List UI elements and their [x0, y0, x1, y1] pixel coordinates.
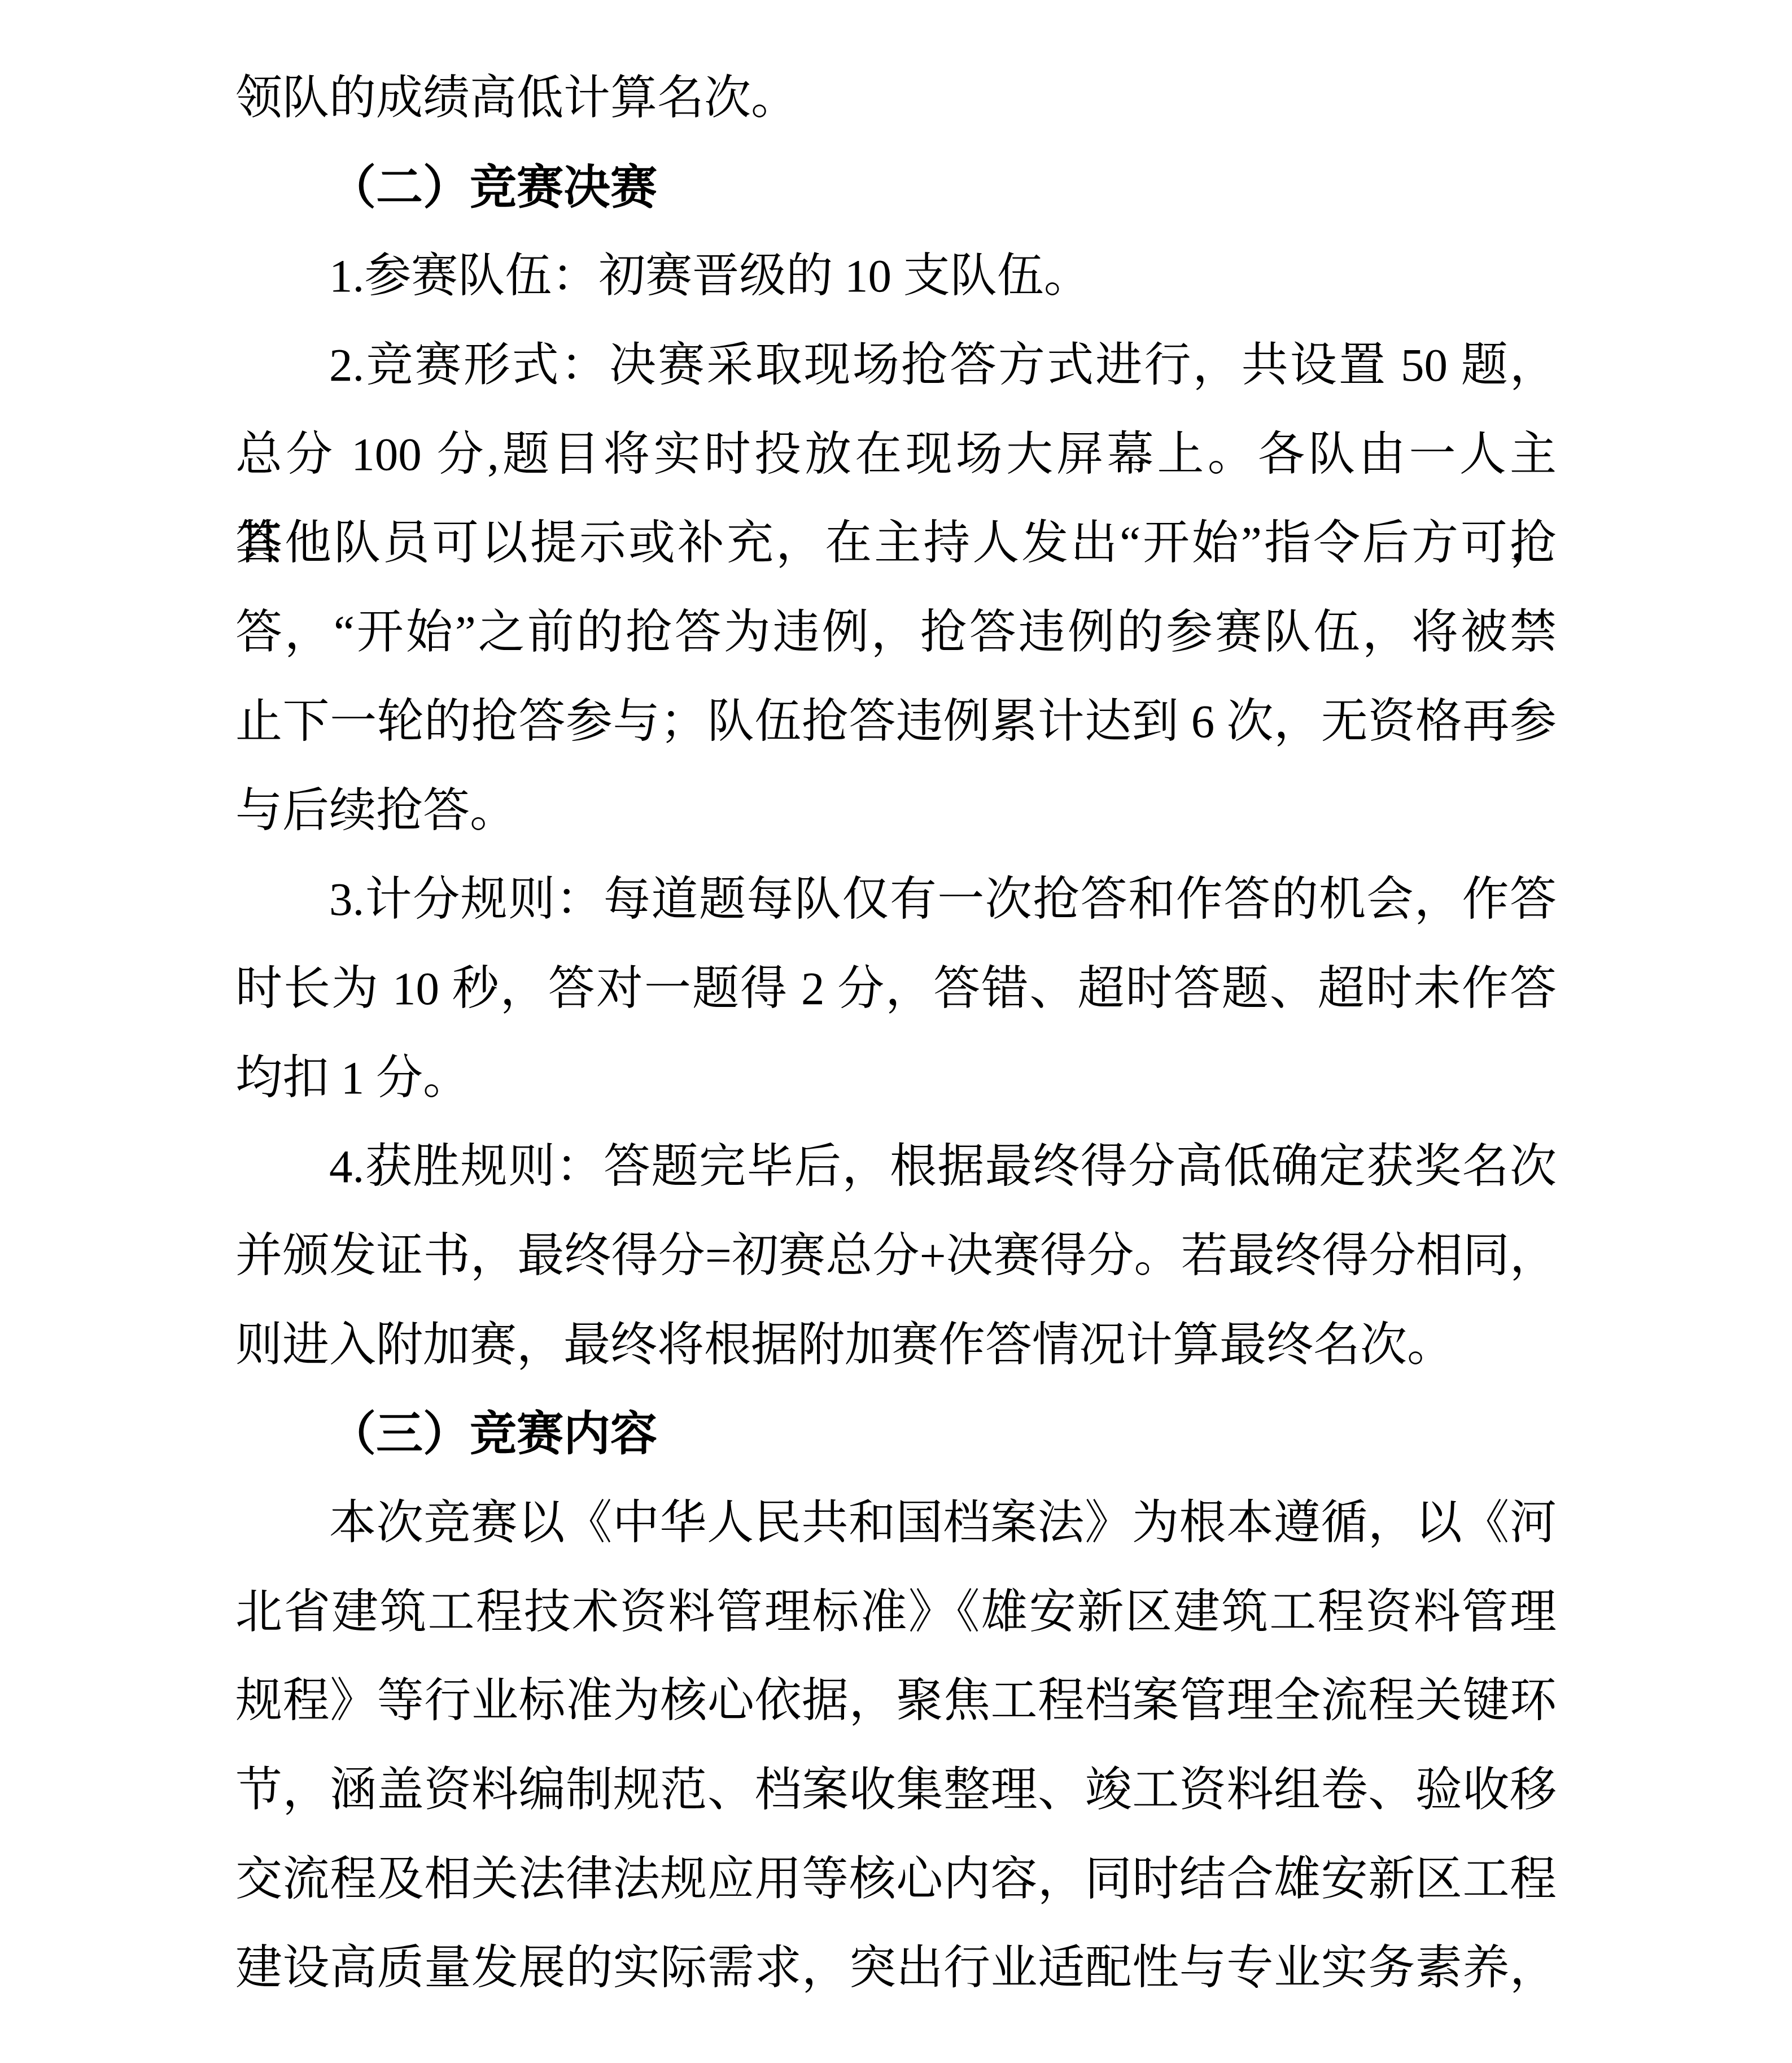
- doc-line-21: 交流程及相关法律法规应用等核心内容，同时结合雄安新区工程: [235, 1835, 1557, 1924]
- doc-line-08: 止下一轮的抢答参与；队伍抢答违例累计达到 6 次，无资格再参: [235, 677, 1557, 766]
- doc-line-22: 建设高质量发展的实际需求，突出行业适配性与专业实务素养，: [235, 1924, 1557, 2013]
- doc-line-03: 1.参赛队伍：初赛晋级的 10 支队伍。: [235, 232, 1557, 321]
- doc-line-11: 时长为 10 秒，答对一题得 2 分，答错、超时答题、超时未作答: [235, 944, 1557, 1033]
- heading-section-2: （二）竞赛决赛: [235, 143, 1557, 232]
- doc-line-10: 3.计分规则：每道题每队仅有一次抢答和作答的机会，作答: [235, 855, 1557, 944]
- heading-section-3: （三）竞赛内容: [235, 1389, 1557, 1478]
- doc-line-12: 均扣 1 分。: [235, 1033, 1557, 1123]
- doc-line-05: 总分 100 分,题目将实时投放在现场大屏幕上。各队由一人主答，: [235, 410, 1557, 499]
- doc-line-14: 并颁发证书，最终得分=初赛总分+决赛得分。若最终得分相同，: [235, 1211, 1557, 1301]
- doc-line-09: 与后续抢答。: [235, 766, 1557, 856]
- doc-line-07: 答，“开始”之前的抢答为违例，抢答违例的参赛队伍，将被禁: [235, 588, 1557, 677]
- doc-line-17: 本次竞赛以《中华人民共和国档案法》为根本遵循，以《河: [235, 1478, 1557, 1568]
- doc-line-20: 节，涵盖资料编制规范、档案收集整理、竣工资料组卷、验收移: [235, 1746, 1557, 1835]
- doc-line-19: 规程》等行业标准为核心依据，聚焦工程档案管理全流程关键环: [235, 1656, 1557, 1746]
- doc-line-04: 2.竞赛形式：决赛采取现场抢答方式进行，共设置 50 题，: [235, 321, 1557, 410]
- doc-line-15: 则进入附加赛，最终将根据附加赛作答情况计算最终名次。: [235, 1301, 1557, 1390]
- doc-line-18: 北省建筑工程技术资料管理标准》《雄安新区建筑工程资料管理: [235, 1568, 1557, 1657]
- doc-line-06: 其他队员可以提示或补充，在主持人发出“开始”指令后方可抢: [235, 499, 1557, 588]
- doc-line-13: 4.获胜规则：答题完毕后，根据最终得分高低确定获奖名次: [235, 1122, 1557, 1211]
- document-page: 领队的成绩高低计算名次。 （二）竞赛决赛 1.参赛队伍：初赛晋级的 10 支队伍…: [0, 0, 1792, 2063]
- document-text-block: 领队的成绩高低计算名次。 （二）竞赛决赛 1.参赛队伍：初赛晋级的 10 支队伍…: [235, 54, 1557, 2013]
- doc-line-01: 领队的成绩高低计算名次。: [235, 54, 1557, 143]
